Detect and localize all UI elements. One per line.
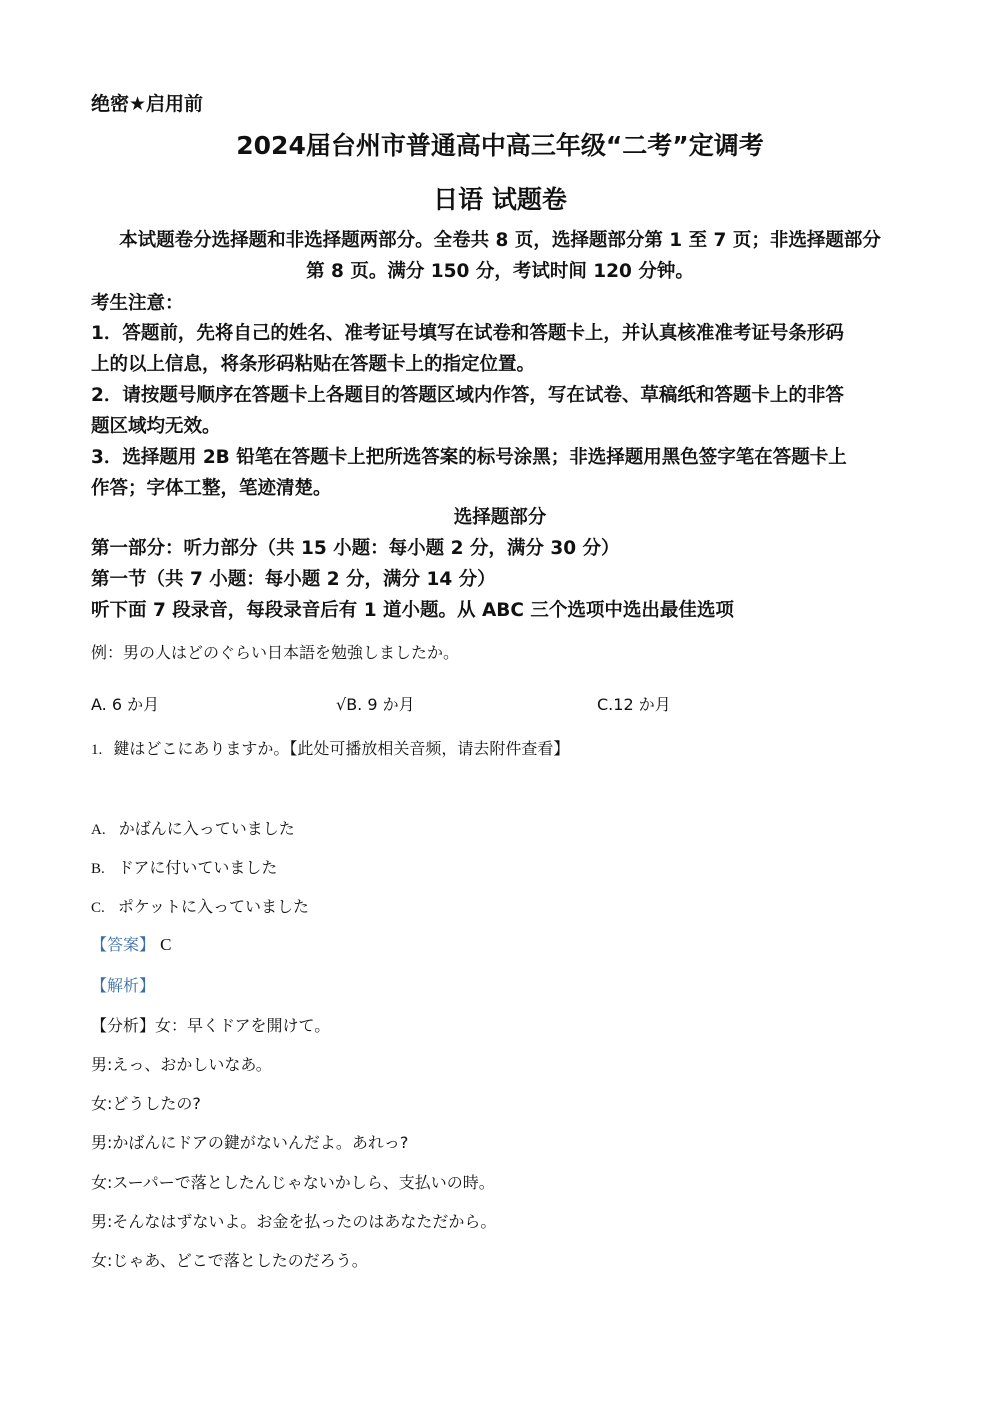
part-heading: 第一部分：听力部分（共 15 小题：每小题 2 分，满分 30 分） xyxy=(91,534,620,560)
dialogue-line: 女:スーパーで落としたんじゃないかしら、支払いの時。 xyxy=(91,1170,495,1193)
note-line: 2．请按题号顺序在答题卡上各题目的答题区域内作答，写在试卷、草稿纸和答题卡上的非… xyxy=(91,381,844,407)
option-a: A. かばんに入っていました xyxy=(91,816,295,839)
dialogue-line: 女:じゃあ、どこで落としたのだろう。 xyxy=(91,1248,368,1271)
section-heading: 选择题部分 xyxy=(0,503,1000,529)
answer-tag: 【答案】 xyxy=(91,937,155,954)
option-text: ドアに付いていました xyxy=(118,858,278,877)
subsection-heading: 第一节（共 7 小题：每小题 2 分，满分 14 分） xyxy=(91,565,496,591)
option-b: B. ドアに付いていました xyxy=(91,855,277,878)
question-1: 1. 鍵はどこにありますか。【此处可播放相关音频，请去附件查看】 xyxy=(91,736,569,759)
option-text: かばんに入っていました xyxy=(119,819,295,838)
intro-line-1: 本试题卷分选择题和非选择题两部分。全卷共 8 页，选择题部分第 1 至 7 页；… xyxy=(0,226,1000,252)
dialogue-line: 男:かばんにドアの鍵がないんだよ。あれっ? xyxy=(91,1130,408,1153)
option-text: ポケットに入っていました xyxy=(118,897,309,916)
listening-instruction: 听下面 7 段录音，每段录音后有 1 道小题。从 ABC 三个选项中选出最佳选项 xyxy=(91,596,734,622)
option-c: C. ポケットに入っていました xyxy=(91,894,309,917)
option-letter: A. xyxy=(91,822,106,838)
question-number: 1. xyxy=(91,742,102,758)
notes-heading: 考生注意： xyxy=(91,289,184,315)
option-letter: B. xyxy=(91,861,105,877)
note-line: 题区域均无效。 xyxy=(91,412,221,438)
example-option-b: √B. 9 か月 xyxy=(336,692,415,715)
question-text: 鍵はどこにありますか。【此处可播放相关音频，请去附件查看】 xyxy=(113,739,569,758)
confidential-label: 绝密★启用前 xyxy=(91,89,203,116)
example-option-a: A. 6 か月 xyxy=(91,692,159,715)
exam-subtitle: 日语 试题卷 xyxy=(0,180,1000,216)
answer-line: 【答案】 C xyxy=(91,932,171,955)
example-option-c: C.12 か月 xyxy=(597,692,671,715)
dialogue-line: 男:えっ、おかしいなあ。 xyxy=(91,1052,272,1075)
note-line: 上的以上信息，将条形码粘贴在答题卡上的指定位置。 xyxy=(91,350,535,376)
dialogue-line: 男:そんなはずないよ。お金を払ったのはあなただから。 xyxy=(91,1209,496,1232)
note-line: 作答；字体工整，笔迹清楚。 xyxy=(91,474,332,500)
dialogue-line: 女:どうしたの? xyxy=(91,1091,201,1114)
analysis-line: 【解析】 xyxy=(91,973,155,996)
example-question: 例：男の人はどのぐらい日本語を勉強しましたか。 xyxy=(91,640,459,663)
dialogue-line: 【分析】女：早くドアを開けて。 xyxy=(91,1013,330,1036)
exam-page: 绝密★启用前 2024届台州市普通高中高三年级“二考”定调考 日语 试题卷 本试… xyxy=(0,0,1000,1414)
analysis-tag: 【解析】 xyxy=(91,978,155,995)
intro-line-2: 第 8 页。满分 150 分，考试时间 120 分钟。 xyxy=(0,257,1000,283)
note-line: 3．选择题用 2B 铅笔在答题卡上把所选答案的标号涂黑；非选择题用黑色签字笔在答… xyxy=(91,443,847,469)
note-line: 1．答题前，先将自己的姓名、准考证号填写在试卷和答题卡上，并认真核准准考证号条形… xyxy=(91,319,844,345)
exam-title: 2024届台州市普通高中高三年级“二考”定调考 xyxy=(0,126,1000,162)
answer-value: C xyxy=(160,935,171,954)
option-letter: C. xyxy=(91,900,105,916)
